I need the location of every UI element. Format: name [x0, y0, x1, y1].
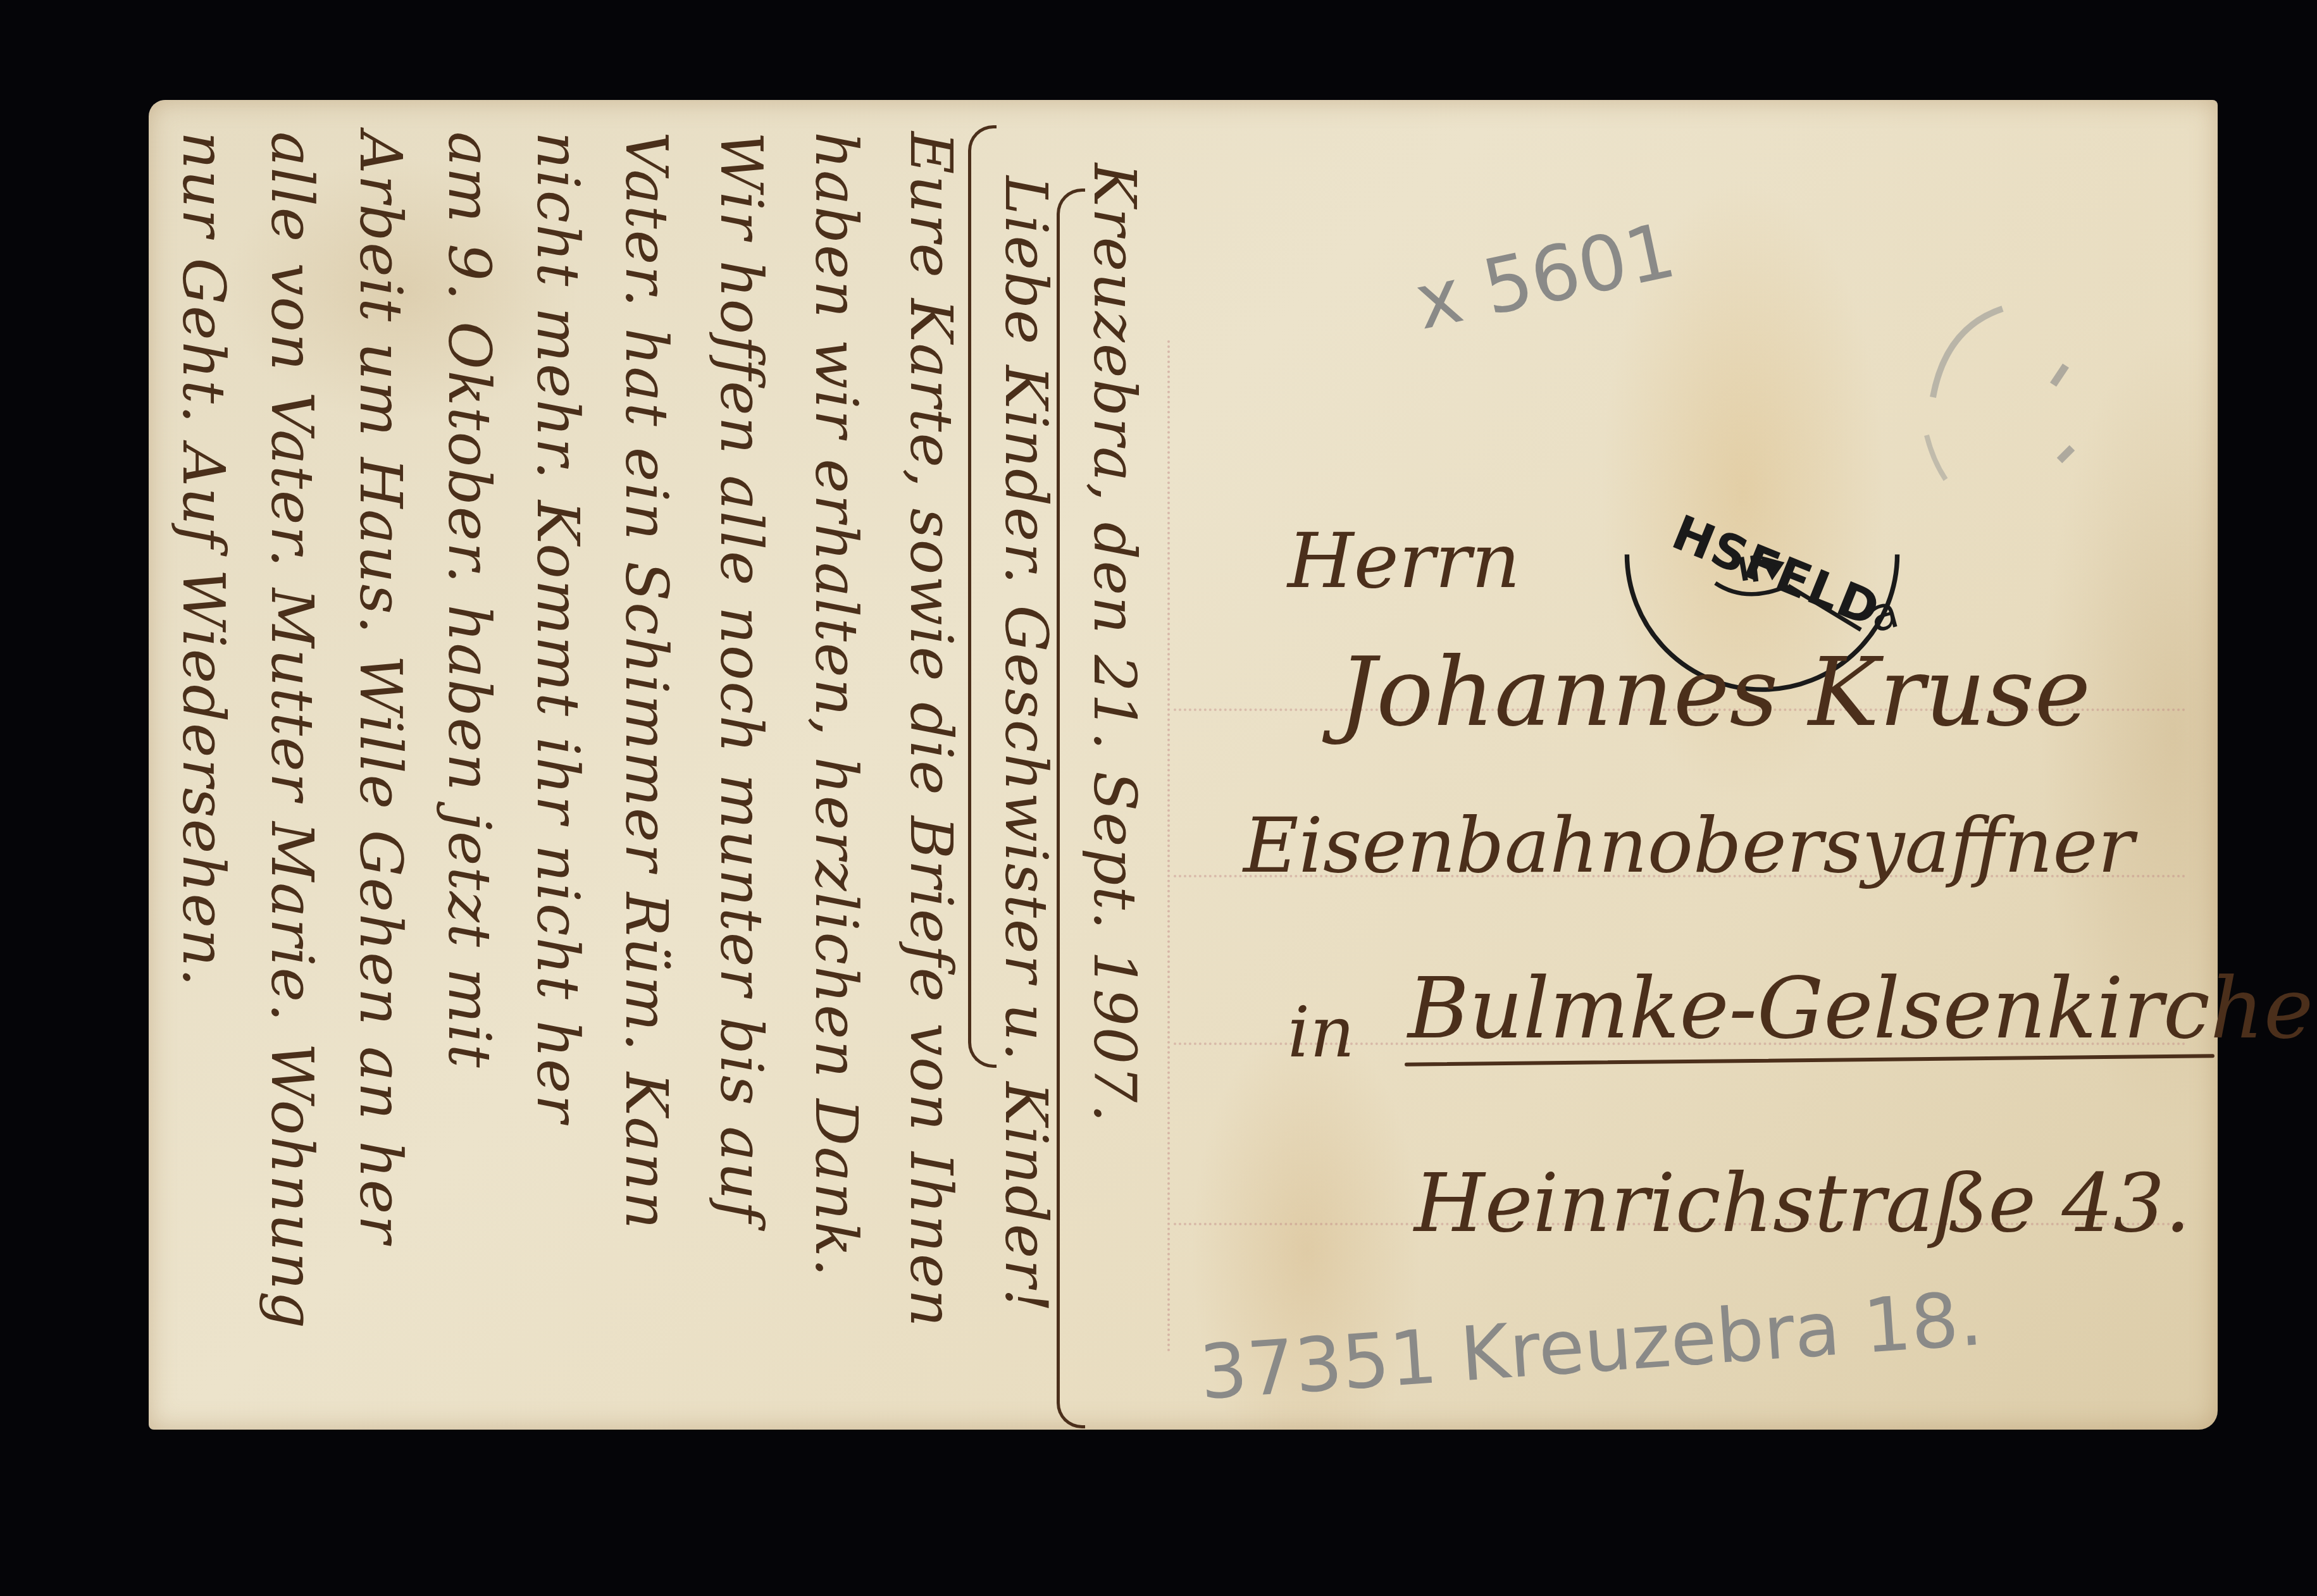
- message-line-col: Wir hoffen alle noch munter bis auf: [775, 100, 851, 1430]
- address-salutation: Herrn: [1288, 517, 1520, 605]
- message-line-col: haben wir erhalten, herzlichen Dank.: [870, 100, 946, 1430]
- message-line-col: alle von Vater. Mutter Marie. Wohnung: [326, 100, 402, 1430]
- message-line-col: Eure Karte, sowie die Briefe von Ihnen: [965, 100, 1041, 1430]
- message-line-col: nicht mehr. Kommt ihr nicht her: [592, 100, 668, 1430]
- pencil-catalog-mark: x 5601: [1408, 206, 1682, 347]
- message-line-col: Arbeit um Haus. Wille Gehen an her: [414, 100, 490, 1430]
- address-street: Heinrichstraße 43.: [1414, 1156, 2190, 1251]
- message-heading-col: Kreuzebra, den 21. Sept. 1907.: [1148, 100, 1224, 1430]
- faint-stamp-outline: [1908, 290, 2097, 505]
- message-greeting-col: Liebe Kinder. Geschwister u. Kinder!: [1060, 100, 1136, 1430]
- address-title: Eisenbahnobersyaffner: [1243, 802, 2134, 890]
- message-line-col: nur Geht. Auf Wiedersehen.: [237, 100, 313, 1430]
- pencil-archive-mark: 37351 Kreuzebra 18.: [1197, 1275, 1985, 1416]
- message-line-col: am 9. Oktober. haben jetzt mit: [503, 100, 579, 1430]
- message-line: nur Geht. Auf Wiedersehen.: [170, 132, 237, 987]
- address-name: Johannes Kruse: [1338, 638, 2090, 748]
- address-city: Bulmke-Gelsenkirchen.: [1408, 960, 2317, 1058]
- postcard: Kreuzebra, den 21. Sept. 1907. Liebe Kin…: [149, 100, 2218, 1430]
- address-city-prefix: in: [1288, 992, 1355, 1073]
- message-line-col: Vater. hat ein Schimmer Rüm. Kann: [680, 100, 756, 1430]
